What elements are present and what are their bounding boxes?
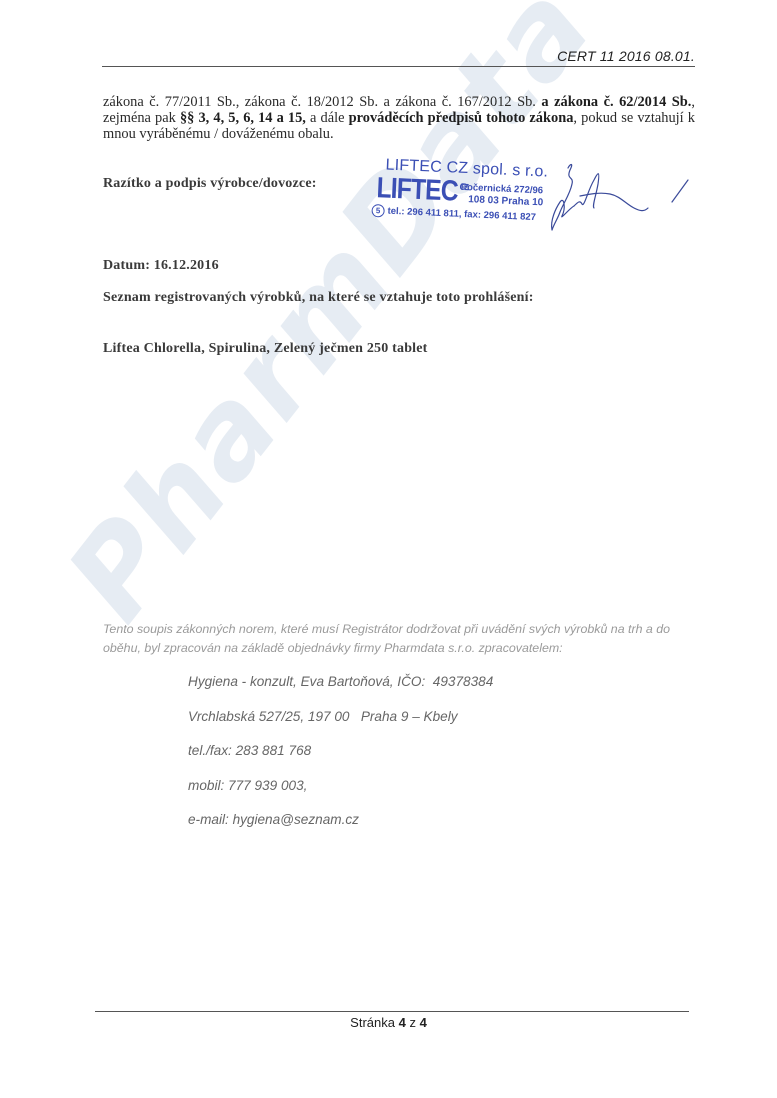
- document-page: PharmData s.r.o. CERT 11 2016 08.01. zák…: [0, 0, 777, 1098]
- processor-email: e-mail: hygiena@seznam.cz: [188, 812, 359, 827]
- page-number: Stránka 4 z 4: [0, 1015, 777, 1030]
- legal-text-segment: §§ 3, 4, 5, 6, 14 a 15,: [180, 110, 306, 126]
- header-divider: [102, 66, 695, 67]
- legal-paragraph: zákona č. 77/2011 Sb., zákona č. 18/2012…: [103, 94, 695, 142]
- processor-phone: tel./fax: 283 881 768: [188, 743, 311, 758]
- legal-text-segment: a zákona č. 62/2014 Sb.: [541, 94, 691, 110]
- legal-text-segment: prováděcích předpisů tohoto zákona: [349, 110, 574, 126]
- legal-text-segment: a dále: [306, 110, 349, 126]
- stamp-signature-label: Razítko a podpis výrobce/dovozce:: [103, 176, 317, 192]
- page-total: 4: [420, 1015, 427, 1030]
- legal-text-segment: zákona č. 77/2011 Sb., zákona č. 18/2012…: [103, 94, 541, 110]
- processor-mobile: mobil: 777 939 003,: [188, 778, 307, 793]
- page-current: 4: [399, 1015, 406, 1030]
- date-label: Datum: 16.12.2016: [103, 258, 219, 274]
- stamp-logo: LIFTECCZ: [376, 172, 469, 209]
- product-item: Liftea Chlorella, Spirulina, Zelený ječm…: [103, 341, 428, 357]
- page-label: Stránka: [350, 1015, 395, 1030]
- processor-address: Vrchlabská 527/25, 197 00 Praha 9 – Kbel…: [188, 709, 458, 724]
- handwritten-signature: [530, 150, 700, 240]
- processor-name: Hygiena - konzult, Eva Bartoňová, IČO: 4…: [188, 674, 493, 689]
- products-heading: Seznam registrovaných výrobků, na které …: [103, 290, 534, 306]
- footer-divider: [95, 1011, 689, 1012]
- processor-note: Tento soupis zákonných norem, které musí…: [103, 620, 703, 658]
- stamp-logo-text: LIFTEC: [376, 172, 458, 208]
- page-separator: z: [409, 1015, 416, 1030]
- document-code: CERT 11 2016 08.01.: [557, 48, 695, 64]
- stamp-phone-text: tel.: 296 411 811, fax: 296 411 827: [387, 206, 536, 223]
- circle-number-icon: 5: [371, 204, 385, 218]
- company-stamp: LIFTEC CZ spol. s r.o. LIFTECCZ Počernic…: [371, 156, 544, 231]
